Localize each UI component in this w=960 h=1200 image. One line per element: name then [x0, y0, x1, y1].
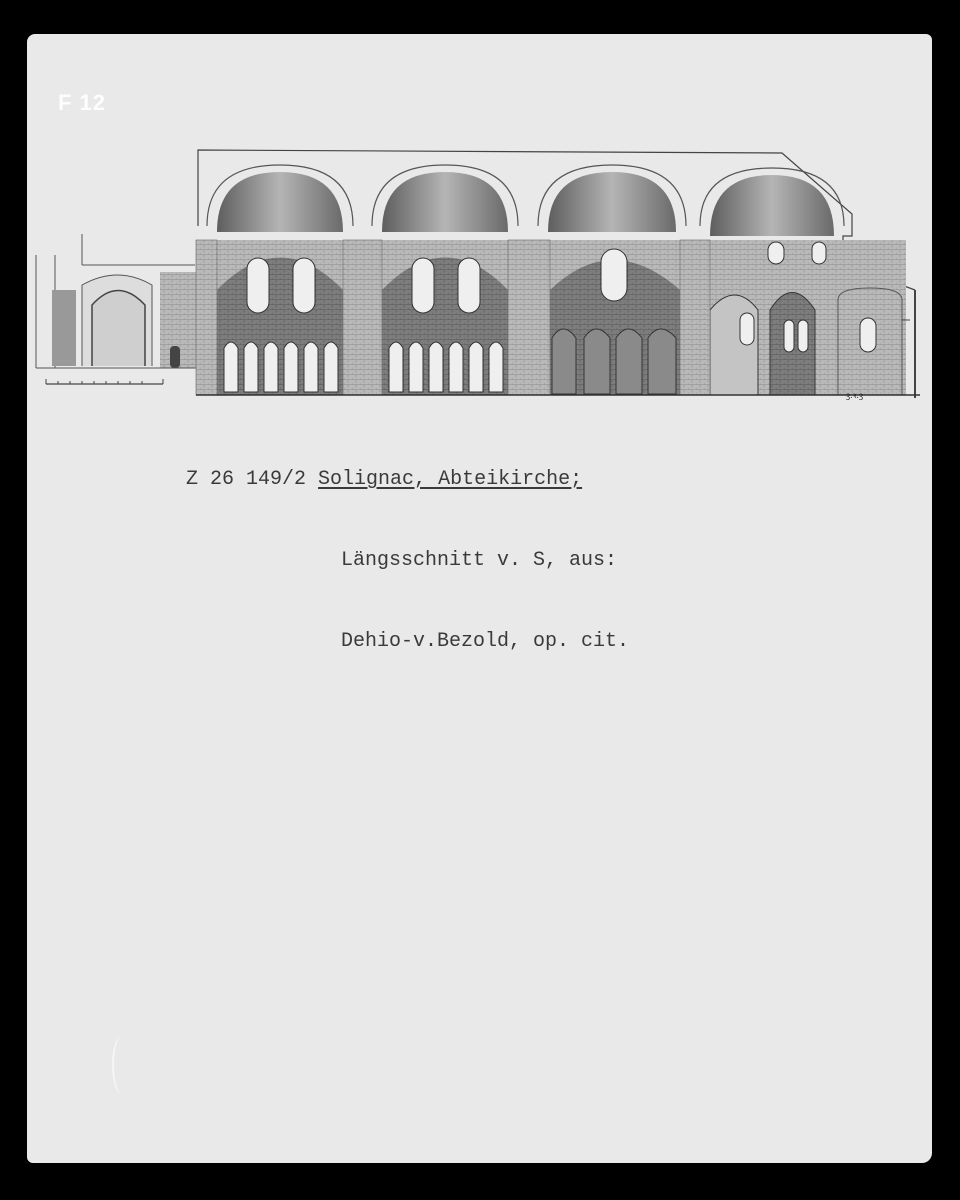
scale-bar	[46, 379, 163, 384]
signature-mark: ꝫ.ꝛ.ꝫ	[846, 391, 863, 400]
caption-line-2: Längsschnitt v. S, aus:	[186, 547, 629, 574]
caption-block: Z 26 149/2 Solignac, Abteikirche; Längss…	[186, 412, 629, 682]
bay-1	[207, 165, 353, 395]
bay-2	[372, 165, 518, 395]
caption-line-1: Z 26 149/2 Solignac, Abteikirche;	[186, 466, 629, 493]
caption-line-3: Dehio-v.Bezold, op. cit.	[186, 628, 629, 655]
caption-title: Solignac, Abteikirche;	[318, 468, 582, 491]
west-porch	[36, 234, 196, 368]
film-scratch	[112, 1036, 132, 1094]
catalog-number: Z 26 149/2	[186, 468, 306, 491]
